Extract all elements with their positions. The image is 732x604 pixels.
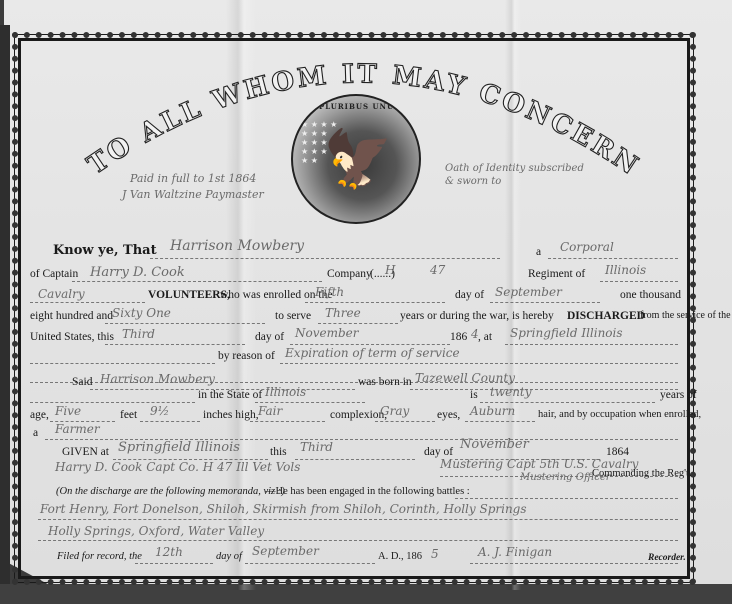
was-born-label: was born in xyxy=(358,376,412,388)
given-place-field: Springfield Illinois xyxy=(118,440,240,455)
given-month-field: November xyxy=(460,437,529,452)
height-inches-field: 9½ xyxy=(150,404,169,418)
complexion-label: complexion, xyxy=(330,409,387,421)
feet-label: feet xyxy=(120,409,137,421)
said-label: Said xyxy=(72,376,92,388)
filed-month-field: September xyxy=(252,544,319,558)
a-label-2: a xyxy=(33,427,38,439)
said-name-field: Harrison Mowbery xyxy=(100,372,215,386)
filed-day-field: 12th xyxy=(155,545,183,559)
eagle-icon: 🦅 xyxy=(323,126,393,192)
state-field: Illinois xyxy=(605,263,646,277)
years-of-label: years of xyxy=(660,389,697,401)
recorder-signature: A. J. Finigan xyxy=(478,545,552,559)
occupation-field: Farmer xyxy=(55,422,100,436)
enrolled-month-field: September xyxy=(495,285,562,299)
given-day-field: Third xyxy=(300,440,333,454)
memoranda-label: (On the discharge are the following memo… xyxy=(56,486,285,497)
years-or-label: years or during the war, is hereby xyxy=(400,310,554,322)
filed-year-digit: 5 xyxy=(431,547,439,561)
regiment-number-field: 47 xyxy=(430,263,445,277)
this-label: this xyxy=(270,446,287,458)
regiment-of-label: Regiment of xyxy=(528,268,585,280)
year-186-label: 186 xyxy=(450,331,467,343)
age-field: twenty xyxy=(490,385,532,399)
state-of-label: in the State of xyxy=(198,389,262,401)
company-label: Company xyxy=(327,268,372,280)
united-states-label: United States, this xyxy=(30,331,114,343)
eyes-label: eyes, xyxy=(437,409,460,421)
reason-field: Expiration of term of service xyxy=(285,346,460,360)
discharge-place-field: Springfield Illinois xyxy=(510,326,623,340)
branch-field: Cavalry xyxy=(38,287,85,301)
discharged-label: DISCHARGED xyxy=(567,310,645,322)
height-feet-field: Five xyxy=(55,404,81,418)
scan-background-bottom xyxy=(0,584,732,604)
margin-note-paid: Paid in full to 1st 1864 xyxy=(130,172,256,185)
eight-hundred-label: eight hundred and xyxy=(30,310,113,322)
given-at-label: GIVEN at xyxy=(62,446,109,458)
margin-note-sworn: & sworn to xyxy=(445,176,501,187)
hair-label: hair, and by occupation when enrolled, xyxy=(538,409,701,420)
day-of-label-2: day of xyxy=(255,331,284,343)
battles-line-1: Fort Henry, Fort Donelson, Shiloh, Skirm… xyxy=(40,502,527,516)
hair-field: Auburn xyxy=(470,404,515,418)
company-letter-field: H xyxy=(385,263,395,277)
complexion-field: Fair xyxy=(258,404,282,418)
filed-label: Filed for record, the xyxy=(57,551,142,562)
from-service-label: from the service of the xyxy=(640,310,731,321)
engaged-label: —He has been engaged in the following ba… xyxy=(265,486,470,497)
to-serve-label: to serve xyxy=(275,310,311,322)
enrolled-year-field: Sixty One xyxy=(112,306,171,320)
day-of-label: day of xyxy=(455,289,484,301)
at-label: , at xyxy=(478,331,492,343)
a-label: a xyxy=(536,246,541,258)
recorder-label: Recorder. xyxy=(648,553,686,563)
know-ye-label: Know ye, That xyxy=(53,243,157,258)
battles-line-2: Holly Springs, Oxford, Water Valley xyxy=(48,524,264,538)
is-label: is xyxy=(470,389,478,401)
ad-label: A. D., 186 xyxy=(378,551,422,562)
by-reason-label: by reason of xyxy=(218,350,275,362)
enrolled-day-field: Fifth xyxy=(315,285,344,299)
discharge-day-field: Third xyxy=(122,327,155,341)
rank-field: Corporal xyxy=(560,240,614,254)
volunteers-label: VOLUNTEERS, xyxy=(148,289,230,301)
eyes-field: Gray xyxy=(380,404,409,418)
age-label: age, xyxy=(30,409,49,421)
soldier-name-field: Harrison Mowbery xyxy=(170,238,304,254)
term-field: Three xyxy=(325,306,361,320)
captain-signature: Harry D. Cook Capt Co. H 47 Ill Vet Vols xyxy=(55,460,300,474)
commanding-label: Commanding the Reg't. xyxy=(592,468,692,479)
one-thousand-label: one thousand xyxy=(620,289,681,301)
margin-note-paymaster: J Van Waltzine Paymaster xyxy=(122,188,264,201)
discharge-month-field: November xyxy=(295,326,359,340)
eagle-seal-icon: E PLURIBUS UNUM ★ ★ ★ ★★ ★ ★★ ★ ★ ★★ ★ ★… xyxy=(291,94,421,224)
margin-note-oath: Oath of Identity subscribed xyxy=(445,163,584,174)
seal-motto: E PLURIBUS UNUM xyxy=(293,102,419,111)
of-captain-label: of Captain xyxy=(30,268,78,280)
birth-state-field: Illinois xyxy=(265,385,306,399)
captain-field: Harry D. Cook xyxy=(90,265,185,280)
birth-county-field: Tazewell County xyxy=(415,371,515,385)
inches-high-label: inches high, xyxy=(203,409,259,421)
day-of-label-4: day of xyxy=(216,551,242,562)
